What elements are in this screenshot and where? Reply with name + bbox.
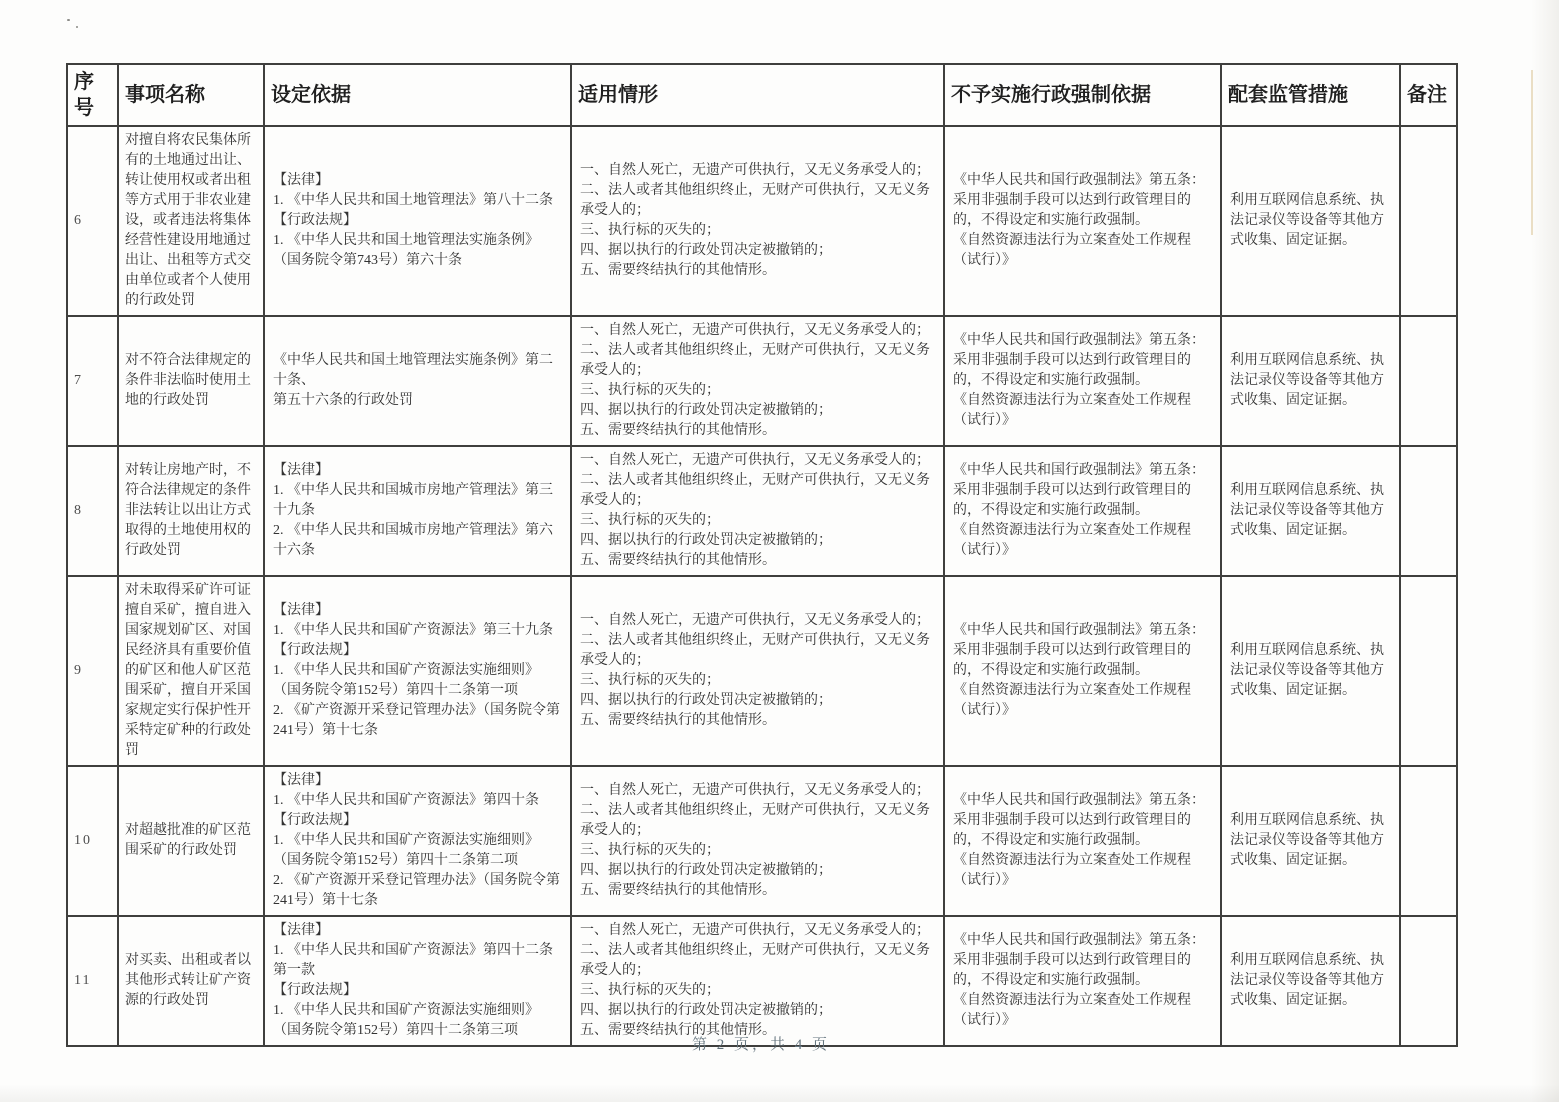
cell-item-name: 对买卖、出租或者以其他形式转让矿产资源的行政处罚 (118, 916, 264, 1046)
cell-supervision-measures: 利用互联网信息系统、执法记录仪等设备等其他方式收集、固定证据。 (1221, 446, 1400, 576)
cell-remarks (1400, 576, 1457, 766)
cell-remarks (1400, 446, 1457, 576)
cell-no-enforcement-basis: 《中华人民共和国行政强制法》第五条：采用非强制手段可以达到行政管理目的的，不得设… (944, 576, 1221, 766)
cell-setting-basis: 【法律】 1. 《中华人民共和国矿产资源法》第四十二条第一款 【行政法规】 1.… (264, 916, 571, 1046)
cell-supervision-measures: 利用互联网信息系统、执法记录仪等设备等其他方式收集、固定证据。 (1221, 126, 1400, 316)
cell-serial-number: 7 (67, 316, 118, 446)
table-row: 10 对超越批准的矿区范围采矿的行政处罚 【法律】 1. 《中华人民共和国矿产资… (67, 766, 1457, 916)
column-header-applicable-circumstances: 适用情形 (571, 64, 944, 126)
column-header-serial-number: 序 号 (67, 64, 118, 126)
column-header-no-enforcement-basis: 不予实施行政强制依据 (944, 64, 1221, 126)
cell-no-enforcement-basis: 《中华人民共和国行政强制法》第五条：采用非强制手段可以达到行政管理目的的，不得设… (944, 916, 1221, 1046)
cell-applicable-circumstances: 一、自然人死亡，无遗产可供执行，又无义务承受人的； 二、法人或者其他组织终止，无… (571, 766, 944, 916)
cell-remarks (1400, 916, 1457, 1046)
scanned-document-page: 序 号 事项名称 设定依据 适用情形 不予实施行政强制依据 配套监管措施 备注 … (0, 0, 1559, 1102)
table-row: 6 对擅自将农民集体所有的土地通过出让、转让使用权或者出租等方式用于非农业建设，… (67, 126, 1457, 316)
cell-applicable-circumstances: 一、自然人死亡，无遗产可供执行，又无义务承受人的； 二、法人或者其他组织终止，无… (571, 126, 944, 316)
cell-supervision-measures: 利用互联网信息系统、执法记录仪等设备等其他方式收集、固定证据。 (1221, 766, 1400, 916)
cell-remarks (1400, 766, 1457, 916)
cell-setting-basis: 《中华人民共和国土地管理法实施条例》第二十条、 第五十六条的行政处罚 (264, 316, 571, 446)
cell-remarks (1400, 316, 1457, 446)
table-header-row: 序 号 事项名称 设定依据 适用情形 不予实施行政强制依据 配套监管措施 备注 (67, 64, 1457, 126)
cell-no-enforcement-basis: 《中华人民共和国行政强制法》第五条：采用非强制手段可以达到行政管理目的的，不得设… (944, 316, 1221, 446)
enforcement-matters-table: 序 号 事项名称 设定依据 适用情形 不予实施行政强制依据 配套监管措施 备注 … (66, 63, 1458, 1047)
table-row: 7 对不符合法律规定的条件非法临时使用土地的行政处罚 《中华人民共和国土地管理法… (67, 316, 1457, 446)
cell-setting-basis: 【法律】 1. 《中华人民共和国城市房地产管理法》第三十九条 2. 《中华人民共… (264, 446, 571, 576)
cell-supervision-measures: 利用互联网信息系统、执法记录仪等设备等其他方式收集、固定证据。 (1221, 916, 1400, 1046)
cell-serial-number: 9 (67, 576, 118, 766)
cell-remarks (1400, 126, 1457, 316)
cell-applicable-circumstances: 一、自然人死亡，无遗产可供执行，又无义务承受人的； 二、法人或者其他组织终止，无… (571, 916, 944, 1046)
cell-supervision-measures: 利用互联网信息系统、执法记录仪等设备等其他方式收集、固定证据。 (1221, 576, 1400, 766)
cell-setting-basis: 【法律】 1. 《中华人民共和国矿产资源法》第四十条 【行政法规】 1. 《中华… (264, 766, 571, 916)
cell-serial-number: 10 (67, 766, 118, 916)
column-header-item-name: 事项名称 (118, 64, 264, 126)
cell-applicable-circumstances: 一、自然人死亡，无遗产可供执行，又无义务承受人的； 二、法人或者其他组织终止，无… (571, 576, 944, 766)
column-header-setting-basis: 设定依据 (264, 64, 571, 126)
cell-applicable-circumstances: 一、自然人死亡，无遗产可供执行，又无义务承受人的； 二、法人或者其他组织终止，无… (571, 446, 944, 576)
cell-no-enforcement-basis: 《中华人民共和国行政强制法》第五条：采用非强制手段可以达到行政管理目的的，不得设… (944, 766, 1221, 916)
cell-item-name: 对转让房地产时，不符合法律规定的条件非法转让以出让方式取得的土地使用权的行政处罚 (118, 446, 264, 576)
table-row: 8 对转让房地产时，不符合法律规定的条件非法转让以出让方式取得的土地使用权的行政… (67, 446, 1457, 576)
column-header-supervision-measures: 配套监管措施 (1221, 64, 1400, 126)
cell-serial-number: 8 (67, 446, 118, 576)
cell-setting-basis: 【法律】 1. 《中华人民共和国土地管理法》第八十二条 【行政法规】 1. 《中… (264, 126, 571, 316)
page-number-footer: 第 2 页，共 4 页 (66, 1033, 1456, 1054)
cell-item-name: 对不符合法律规定的条件非法临时使用土地的行政处罚 (118, 316, 264, 446)
cell-no-enforcement-basis: 《中华人民共和国行政强制法》第五条：采用非强制手段可以达到行政管理目的的，不得设… (944, 446, 1221, 576)
cell-serial-number: 11 (67, 916, 118, 1046)
cell-supervision-measures: 利用互联网信息系统、执法记录仪等设备等其他方式收集、固定证据。 (1221, 316, 1400, 446)
table-row: 9 对未取得采矿许可证擅自采矿，擅自进入国家规划矿区、对国民经济具有重要价值的矿… (67, 576, 1457, 766)
scan-artifact-line (1531, 70, 1533, 235)
table-row: 11 对买卖、出租或者以其他形式转让矿产资源的行政处罚 【法律】 1. 《中华人… (67, 916, 1457, 1046)
column-header-remarks: 备注 (1400, 64, 1457, 126)
cell-serial-number: 6 (67, 126, 118, 316)
cell-item-name: 对超越批准的矿区范围采矿的行政处罚 (118, 766, 264, 916)
cell-item-name: 对未取得采矿许可证擅自采矿，擅自进入国家规划矿区、对国民经济具有重要价值的矿区和… (118, 576, 264, 766)
scan-artifact-speck (67, 19, 70, 21)
cell-applicable-circumstances: 一、自然人死亡，无遗产可供执行，又无义务承受人的； 二、法人或者其他组织终止，无… (571, 316, 944, 446)
cell-setting-basis: 【法律】 1. 《中华人民共和国矿产资源法》第三十九条 【行政法规】 1. 《中… (264, 576, 571, 766)
scan-artifact-speck (76, 26, 78, 28)
cell-item-name: 对擅自将农民集体所有的土地通过出让、转让使用权或者出租等方式用于非农业建设，或者… (118, 126, 264, 316)
cell-no-enforcement-basis: 《中华人民共和国行政强制法》第五条：采用非强制手段可以达到行政管理目的的，不得设… (944, 126, 1221, 316)
